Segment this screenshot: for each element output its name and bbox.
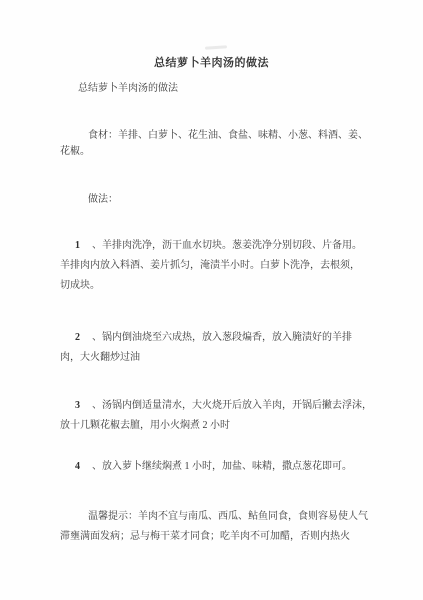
step-4-number: 4 <box>75 461 80 472</box>
step-2-text: 锅内倒油烧至六成热，放入葱段煸香，放入腌渍好的羊排 肉，大火翻炒过油 <box>60 332 352 363</box>
step-4-text: 放入萝卜继续焖煮 1 小时，加盐、味精，撒点葱花即可。 <box>102 461 352 472</box>
document-content: 总结萝卜羊肉汤的做法 总结萝卜羊肉汤的做法 食材：羊排、白萝卜、花生油、食盐、味… <box>60 53 382 547</box>
step-1-text: 羊排肉洗净，沥干血水切块。葱姜洗净分别切段、片备用。 羊排肉内放入料酒、姜片抓匀… <box>60 240 362 291</box>
step-3-paragraph: 3、汤锅内倒适量清水，大火烧开后放入羊肉，开锅后撇去浮沫， 放十几颗花椒去膻，用… <box>60 396 382 436</box>
step-3-number: 3 <box>75 400 80 411</box>
step-2-paragraph: 2、锅内倒油烧至六成热，放入葱段煸香，放入腌渍好的羊排 肉，大火翻炒过油 <box>60 328 382 368</box>
step-4-paragraph: 4、放入萝卜继续焖煮 1 小时，加盐、味精，撒点葱花即可。 <box>60 457 382 477</box>
step-4-separator: 、 <box>92 461 102 472</box>
step-1-number: 1 <box>75 240 80 251</box>
step-3-text: 汤锅内倒适量清水，大火烧开后放入羊肉，开锅后撇去浮沫， 放十几颗花椒去膻，用小火… <box>60 400 372 431</box>
step-1-paragraph: 1、羊排肉洗净，沥干血水切块。葱姜洗净分别切段、片备用。 羊排肉内放入料酒、姜片… <box>60 236 382 296</box>
ingredients-paragraph: 食材：羊排、白萝卜、花生油、食盐、味精、小葱、料酒、姜、 花椒。 <box>60 128 382 160</box>
document-subtitle: 总结萝卜羊肉汤的做法 <box>60 79 382 99</box>
document-page: 总结萝卜羊肉汤的做法 总结萝卜羊肉汤的做法 食材：羊排、白萝卜、花生油、食盐、味… <box>0 0 423 600</box>
step-3-separator: 、 <box>92 400 102 411</box>
method-label: 做法： <box>60 190 382 210</box>
step-2-separator: 、 <box>92 332 102 343</box>
page-title: 总结萝卜羊肉汤的做法 <box>60 53 363 73</box>
scan-artifact-mark <box>205 45 227 50</box>
step-1-separator: 、 <box>92 240 102 251</box>
tips-paragraph: 温馨提示：羊肉不宜与南瓜、西瓜、鲇鱼同食，食则容易使人气 滞壅满面发病；忌与梅干… <box>60 507 382 547</box>
step-2-number: 2 <box>75 332 80 343</box>
